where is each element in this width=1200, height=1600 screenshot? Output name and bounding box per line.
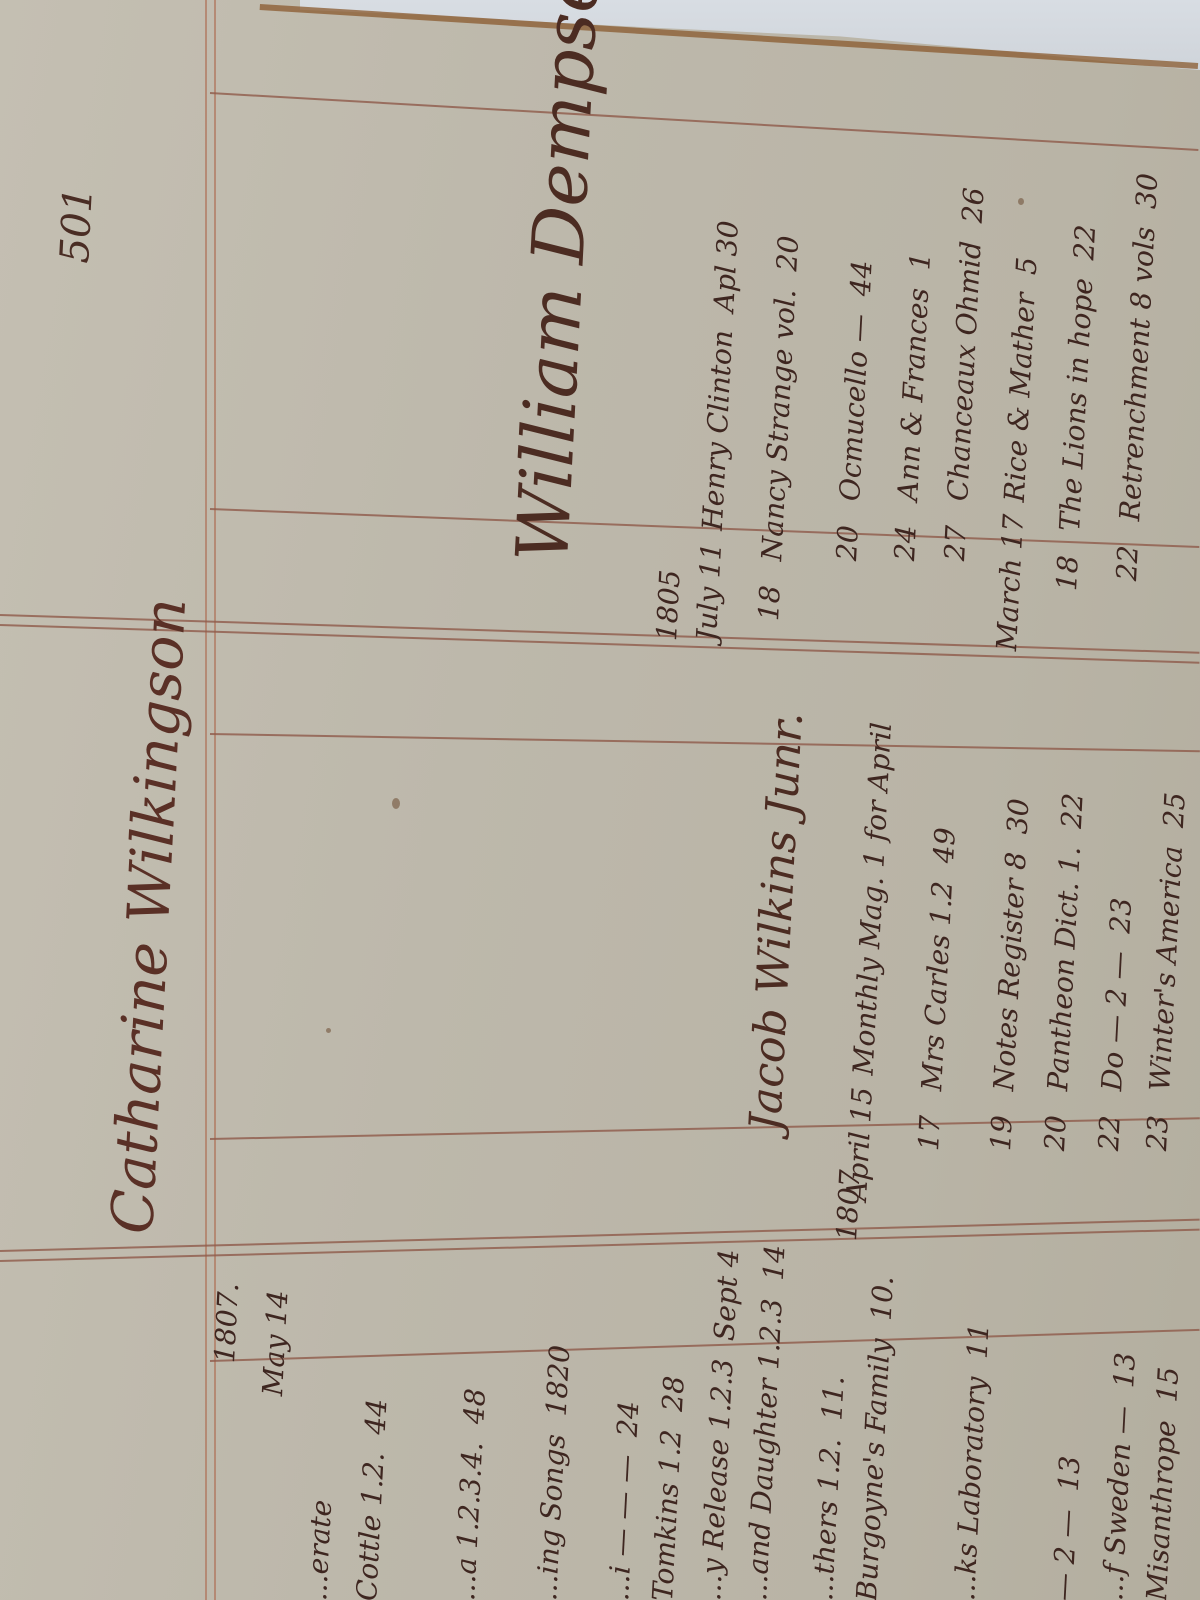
entry-date: April 15 xyxy=(840,1086,879,1202)
ledger-entry: — 2 —13 xyxy=(1046,1455,1087,1600)
account-name: Catharine Wilkingson xyxy=(98,596,199,1235)
entry-date: 17 xyxy=(912,1102,947,1152)
ledger-entry: ...and Daughter 1.2.314 xyxy=(740,1244,792,1600)
entry-item: Misanthrope xyxy=(1140,1419,1182,1600)
account-name: Jacob Wilkins Junr. xyxy=(740,711,813,1133)
entry-date: 27 xyxy=(938,512,973,562)
entry-date: July 11 xyxy=(690,542,728,642)
entry-value: 1820 xyxy=(540,1344,577,1417)
entry-item: Henry Clinton xyxy=(696,329,739,531)
ledger-entry: Burgoyne's Family10. xyxy=(850,1275,900,1600)
ledger-entry: 18Nancy Strange vol.20 xyxy=(752,235,805,622)
entry-item: Notes Register 8 xyxy=(987,851,1032,1092)
ledger-entry: 22Retrenchment 8 vols30 xyxy=(1110,172,1164,581)
entry-date: 24 xyxy=(888,512,923,562)
entry-item: ...ks Laboratory xyxy=(948,1376,993,1600)
ledger-entry: 23Winter's America25 xyxy=(1140,791,1192,1151)
entry-value: 26 xyxy=(956,187,991,224)
ledger-page: 501 Catharine Wilkingson 1807. May 14 ..… xyxy=(0,0,1200,1600)
entry-item: Mrs Carles 1.2 xyxy=(915,880,959,1092)
entry-value: 44 xyxy=(844,260,879,297)
ledger-entry: March 17Rice & Mather5 xyxy=(990,256,1044,652)
entry-date: 20 xyxy=(1038,1102,1073,1152)
rule-line xyxy=(210,1329,1200,1362)
ledger-entry: 27Chanceaux Ohmid26 xyxy=(938,187,991,562)
entry-item: Chanceaux Ohmid xyxy=(941,240,988,502)
ledger-entry: Misanthrope15 xyxy=(1140,1366,1185,1600)
entry-value: 5 xyxy=(1010,256,1044,276)
entry-item: Ocmucello — xyxy=(833,313,876,502)
entry-date: 18 xyxy=(1050,542,1085,592)
entry-item: ...thers 1.2. xyxy=(806,1438,847,1600)
ledger-entry: 22Do — 2 —23 xyxy=(1092,897,1138,1152)
ledger-entry: ...y Release 1.2.3Sept 4 xyxy=(694,1248,745,1600)
ledger-entry: ...ks Laboratory11 xyxy=(948,1322,996,1600)
entry-item: — 2 — xyxy=(1046,1509,1084,1600)
entry-value: 1 xyxy=(903,251,937,271)
entry-item: Retrenchment 8 vols xyxy=(1113,226,1161,522)
entry-value: 23 xyxy=(1103,897,1138,934)
ledger-entry: 24Ann & Frances1 xyxy=(888,251,937,561)
entry-item: Monthly Mag. 1 for April xyxy=(847,721,898,1076)
entry-date: 18 xyxy=(752,572,787,622)
ledger-entry: 19Notes Register 830 xyxy=(984,798,1035,1152)
entry-item: Do — 2 — xyxy=(1095,950,1135,1091)
entry-item: The Lions in hope xyxy=(1053,277,1099,532)
entry-value: 28 xyxy=(656,1375,691,1412)
rule-line xyxy=(210,733,1200,752)
entry-item: ...f Sweden — xyxy=(1096,1405,1139,1600)
entry-value: 24 xyxy=(611,1400,646,1437)
entry-item: ...y Release 1.2.3 xyxy=(694,1358,740,1600)
ledger-entry: April 15Monthly Mag. 1 for April xyxy=(840,721,898,1201)
account-year: 1805 xyxy=(650,569,687,642)
entry-value: 20 xyxy=(770,235,805,272)
entry-date: 20 xyxy=(830,512,865,562)
entry-date: May 14 xyxy=(256,1289,294,1396)
entry-value: 11 xyxy=(961,1322,996,1359)
ledger-entry: ...ing Songs1820 xyxy=(530,1344,576,1600)
ledger-entry: ...erate xyxy=(300,1499,338,1600)
entry-value: 25 xyxy=(1157,791,1192,828)
entry-value: 22 xyxy=(1055,792,1090,829)
entry-value: 13 xyxy=(1107,1352,1142,1389)
entry-value: 10. xyxy=(865,1275,900,1321)
entry-item: ...erate xyxy=(300,1499,338,1600)
ledger-entry: ...i — — —24 xyxy=(602,1400,645,1600)
entry-value: 30 xyxy=(1130,172,1165,209)
entry-date: 19 xyxy=(984,1102,1019,1152)
page-number: 501 xyxy=(52,186,102,265)
ledger-entry: 17Mrs Carles 1.249 xyxy=(912,827,962,1152)
entry-value: 11. xyxy=(815,1375,850,1421)
entry-date: Sept 4 xyxy=(708,1248,746,1341)
ledger-entry: Tomkins 1.228 xyxy=(646,1375,691,1600)
entry-value: 48 xyxy=(457,1387,492,1424)
ink-stain xyxy=(1018,198,1024,205)
account-year: 1807. xyxy=(208,1282,245,1364)
entry-value: 15 xyxy=(1150,1366,1185,1403)
ledger-entry: ...a 1.2.3.4.48 xyxy=(448,1387,492,1600)
entry-item: Pantheon Dict. 1. xyxy=(1041,846,1087,1092)
entry-value: 44 xyxy=(359,1398,394,1435)
entry-value: 14 xyxy=(757,1244,792,1281)
entry-date: 22 xyxy=(1110,532,1145,582)
entry-date: March 17 xyxy=(990,513,1030,652)
ledger-entry: May 14 xyxy=(256,1277,295,1396)
ledger-entry: 18The Lions in hope22 xyxy=(1050,224,1102,592)
entry-item: ...i — — — xyxy=(602,1454,643,1600)
entry-date: 22 xyxy=(1092,1102,1127,1152)
ledger-entry: ...thers 1.2.11. xyxy=(806,1375,851,1600)
ledger-entry: 20Pantheon Dict. 1.22 xyxy=(1038,792,1090,1152)
entry-value: Apl 30 xyxy=(707,220,745,313)
entry-value: 30 xyxy=(1001,798,1036,835)
entry-item: Rice & Mather xyxy=(998,292,1042,503)
ink-stain xyxy=(392,798,400,809)
ledger-entry: July 11Henry ClintonApl 30 xyxy=(690,220,745,642)
entry-item: Winter's America xyxy=(1143,845,1189,1092)
ledger-entry: ...f Sweden —13 xyxy=(1096,1352,1142,1600)
entry-value: 13 xyxy=(1052,1455,1087,1492)
entry-value: 22 xyxy=(1067,224,1102,261)
entry-item: Burgoyne's Family xyxy=(850,1338,897,1600)
ink-stain xyxy=(326,1028,331,1033)
entry-value: 49 xyxy=(927,827,962,864)
ledger-entry: Cottle 1.2.44 xyxy=(350,1398,394,1600)
ledger-entry: 20Ocmucello —44 xyxy=(830,260,879,562)
entry-item: ...ing Songs xyxy=(530,1433,572,1600)
entry-item: Nancy Strange vol. xyxy=(755,288,802,561)
entry-item: Ann & Frances xyxy=(891,287,935,502)
entry-date: 23 xyxy=(1140,1102,1175,1152)
entry-item: ...a 1.2.3.4. xyxy=(448,1441,489,1600)
margin-line xyxy=(205,0,207,1600)
entry-item: Tomkins 1.2 xyxy=(646,1429,688,1600)
entry-item: Cottle 1.2. xyxy=(350,1452,391,1600)
